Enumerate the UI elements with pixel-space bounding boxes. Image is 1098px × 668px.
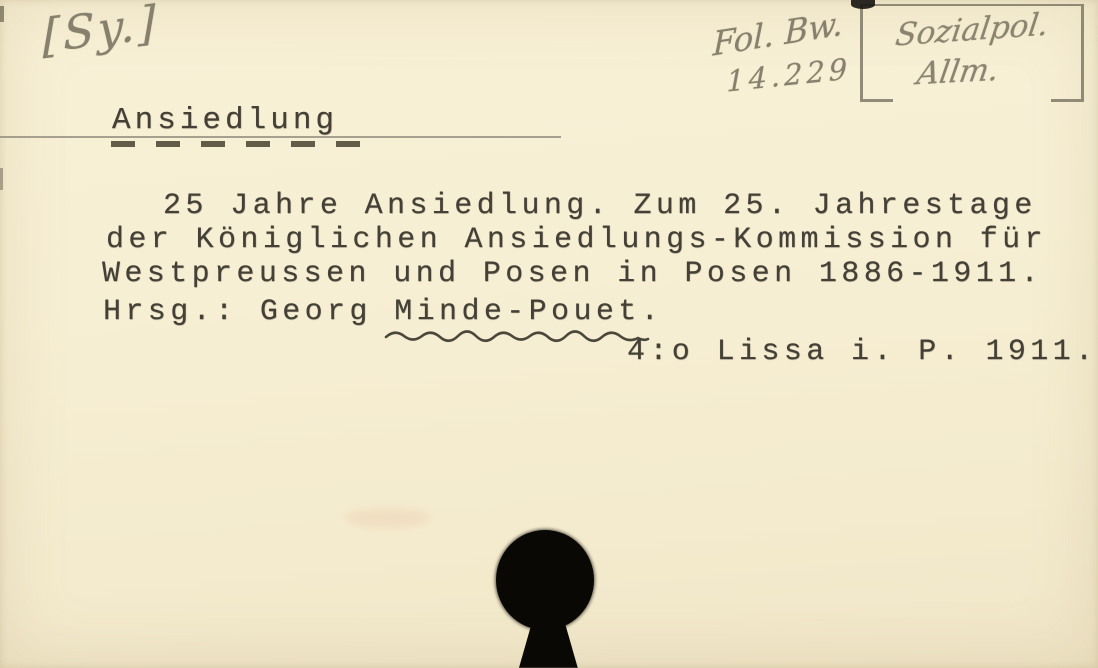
box-bottom-stub-left xyxy=(863,99,893,102)
catalog-card: [Sy.] Fol. Bw. 14.229 Sozialpol. Allm. A… xyxy=(0,0,1098,668)
handwritten-corner-mark: [Sy.] xyxy=(42,0,159,63)
title-line-1: 25 Jahre Ansiedlung. Zum 25. Jahrestage xyxy=(163,189,1037,223)
paper-smudge xyxy=(345,508,430,528)
scan-artifact-left-edge xyxy=(0,6,4,22)
scan-artifact-top-notch xyxy=(851,0,875,9)
pencil-wavy-underline xyxy=(384,326,666,344)
imprint-line: 4:o Lissa i. P. 1911. xyxy=(627,335,1097,369)
handwritten-shelfmark-number: 14.229 xyxy=(726,51,851,98)
title-line-2: der Königlichen Ansiedlungs-Kommission f… xyxy=(106,223,1047,257)
classification-box: Sozialpol. Allm. xyxy=(860,4,1084,102)
card-heading: Ansiedlung xyxy=(112,103,338,138)
box-bottom-stub-right xyxy=(1051,99,1081,102)
editor-line: Hrsg.: Georg Minde-Pouet. xyxy=(103,295,663,329)
classification-subject: Sozialpol. xyxy=(861,4,1084,56)
classification-subdivision: Allm. xyxy=(846,48,1069,96)
heading-underline-dashes xyxy=(111,141,367,147)
title-line-3: Westpreussen und Posen in Posen 1886-191… xyxy=(102,257,1043,291)
scan-artifact-left-edge xyxy=(0,168,3,190)
